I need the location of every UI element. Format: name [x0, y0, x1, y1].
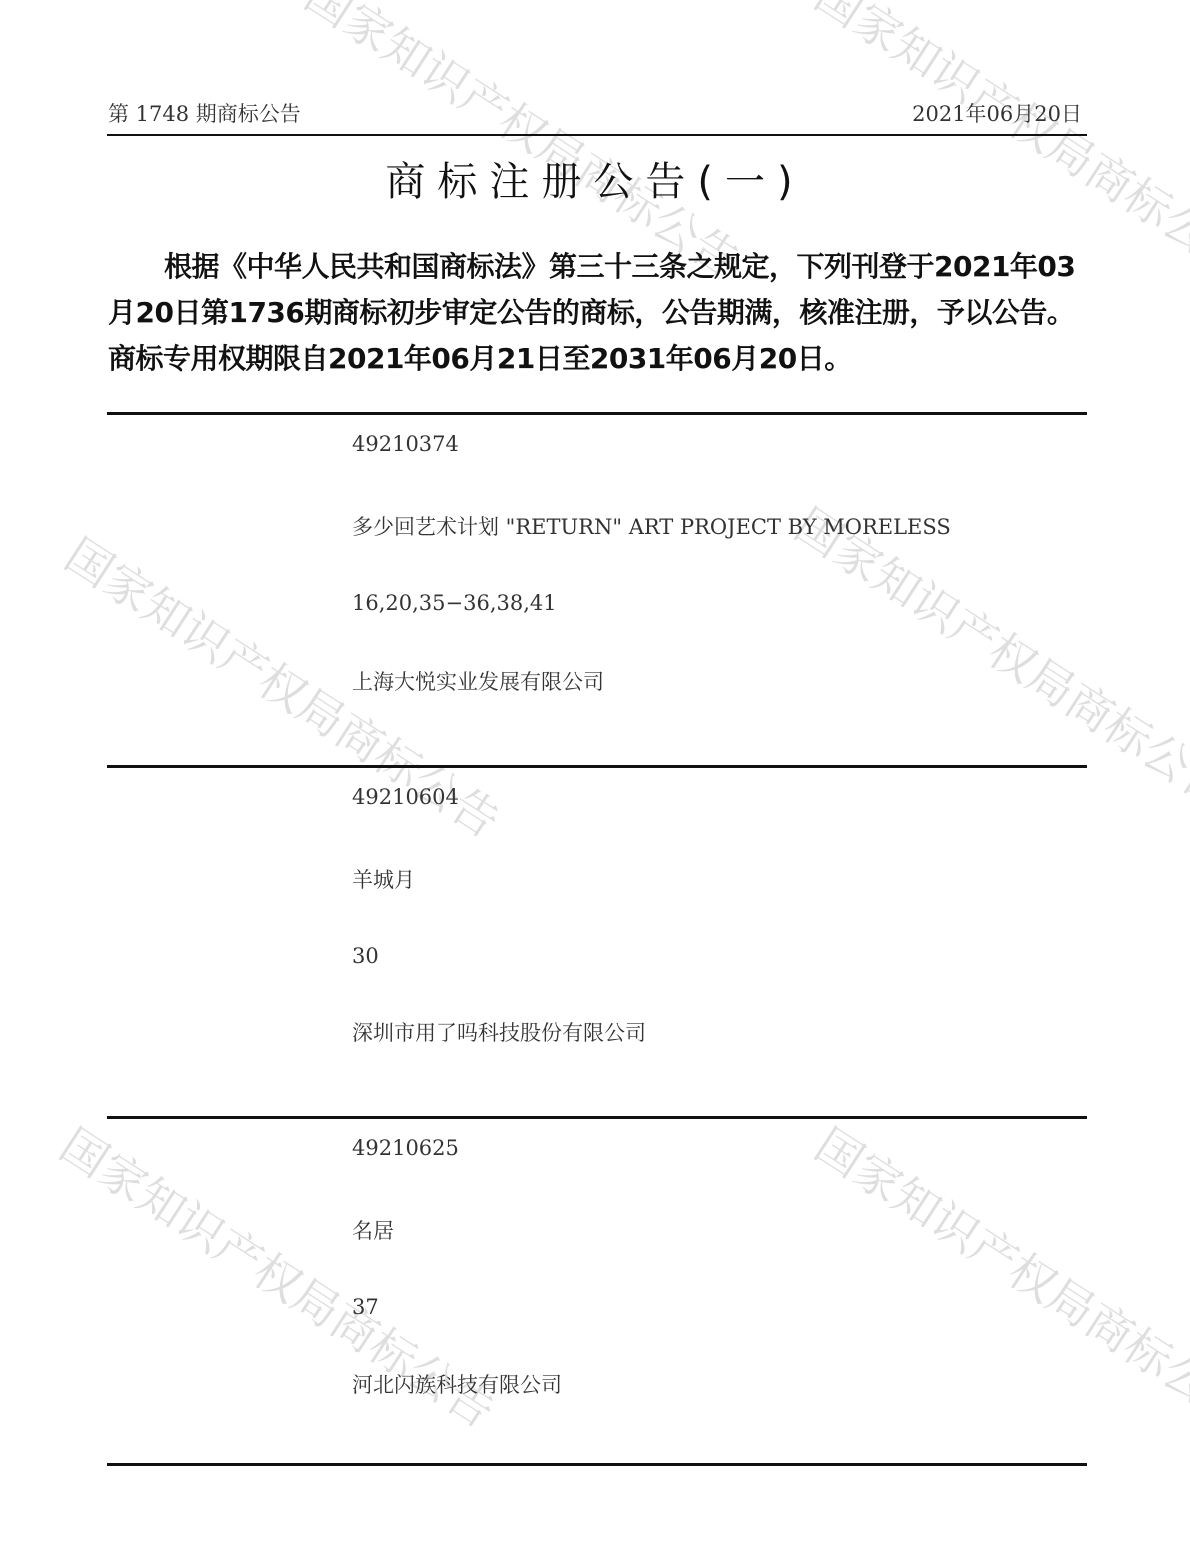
- mark-value: 多少回艺术计划 "RETURN" ART PROJECT BY MORELESS: [352, 511, 951, 541]
- page-title: 商标注册公告(一): [0, 150, 1190, 207]
- reg-no-value: 49210604: [352, 785, 459, 809]
- mark-value: 羊城月: [352, 864, 415, 894]
- reg-no-value: 49210374: [352, 432, 459, 456]
- divider: [107, 412, 1087, 415]
- issue-number: 第 1748 期商标公告: [108, 98, 301, 128]
- header-rule: [107, 134, 1087, 136]
- divider: [107, 765, 1087, 768]
- issue-date: 2021年06月20日: [912, 98, 1082, 128]
- classes-value: 16,20,35−36,38,41: [352, 591, 557, 615]
- classes-value: 30: [352, 944, 379, 968]
- registrant-value: 深圳市用了吗科技股份有限公司: [352, 1017, 646, 1047]
- intro-paragraph: 根据《中华人民共和国商标法》第三十三条之规定，下列刊登于2021年03月20日第…: [108, 244, 1084, 382]
- divider: [107, 1116, 1087, 1119]
- registrant-value: 上海大悦实业发展有限公司: [352, 666, 604, 696]
- reg-no-value: 49210625: [352, 1136, 459, 1160]
- registrant-value: 河北闪族科技有限公司: [352, 1369, 562, 1399]
- classes-value: 37: [352, 1295, 379, 1319]
- divider: [107, 1463, 1087, 1466]
- mark-value: 名居: [352, 1215, 394, 1245]
- watermark: 国家知识产权局商标公告: [804, 1110, 1190, 1441]
